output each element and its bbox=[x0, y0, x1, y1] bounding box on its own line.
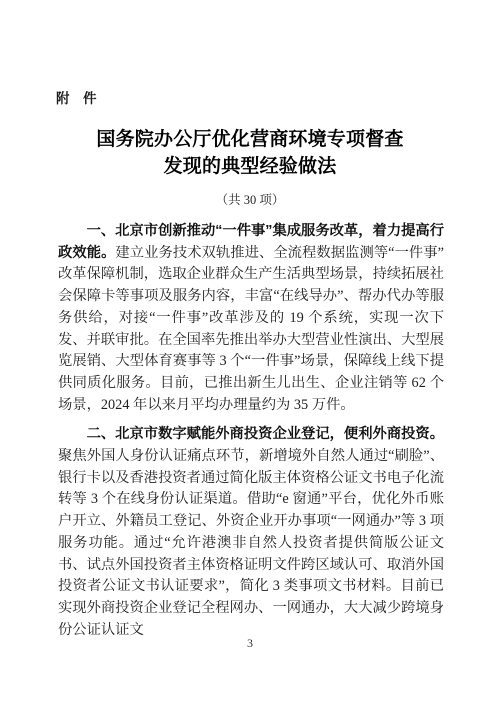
document-body: 一、北京市创新推动“一件事”集成服务改革，着力提高行政效能。建立业务技术双轨推进… bbox=[58, 221, 444, 641]
document-title-line2: 发现的典型经验做法 bbox=[0, 154, 500, 181]
paragraph-1: 一、北京市创新推动“一件事”集成服务改革，着力提高行政效能。建立业务技术双轨推进… bbox=[58, 221, 444, 416]
attachment-label: 附 件 bbox=[56, 87, 97, 107]
paragraph-2-lead: 二、北京市数字赋能外商投资企业登记，便利外商投资。 bbox=[87, 426, 444, 442]
paragraph-1-text: 建立业务技术双轨推进、全流程数据监测等“一件事”改革保障机制，选取企业群众生产生… bbox=[58, 245, 444, 413]
paragraph-2-text: 聚焦外国人身份认证痛点环节，新增境外自然人通过“刷脸”、银行卡以及香港投资者通过… bbox=[58, 448, 444, 638]
paragraph-2: 二、北京市数字赋能外商投资企业登记，便利外商投资。聚焦外国人身份认证痛点环节，新… bbox=[58, 424, 444, 641]
page-number: 3 bbox=[0, 636, 500, 651]
document-title: 国务院办公厅优化营商环境专项督查 发现的典型经验做法 bbox=[0, 127, 500, 180]
document-subtitle: （共 30 项） bbox=[0, 190, 500, 208]
document-page: 附 件 国务院办公厅优化营商环境专项督查 发现的典型经验做法 （共 30 项） … bbox=[0, 0, 500, 707]
document-title-line1: 国务院办公厅优化营商环境专项督查 bbox=[0, 127, 500, 154]
